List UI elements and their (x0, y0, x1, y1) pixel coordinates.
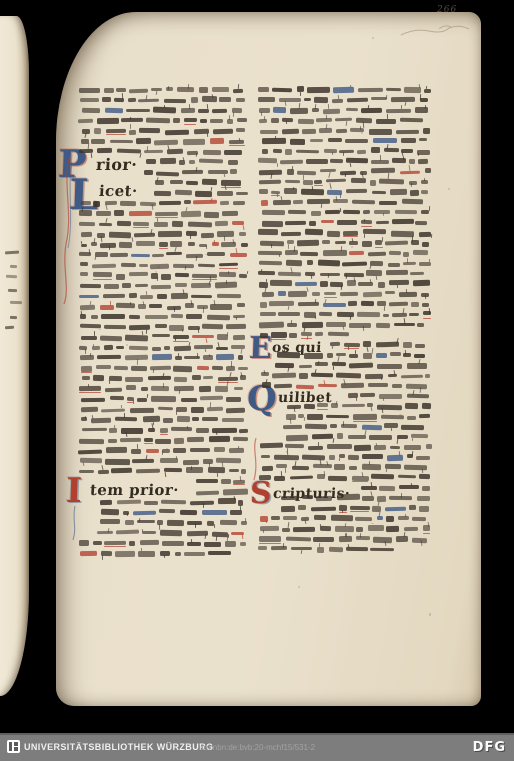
footer-bar: UNIVERSITÄTSBIBLIOTHEK WÜRZBURG urn:nbn:… (0, 733, 514, 761)
urn-label: urn:nbn:de:bvb:20-mchf15/531-2 (199, 743, 315, 752)
facing-page-edge (0, 16, 29, 696)
library-name: UNIVERSITÄTSBIBLIOTHEK WÜRZBURG (24, 742, 213, 752)
dfg-logo: DFG (473, 740, 506, 755)
manuscript-page (56, 12, 481, 706)
scan-background: 266 P rior· L icet· I tem prior· E os qu… (0, 0, 514, 761)
ub-logo (7, 740, 20, 753)
